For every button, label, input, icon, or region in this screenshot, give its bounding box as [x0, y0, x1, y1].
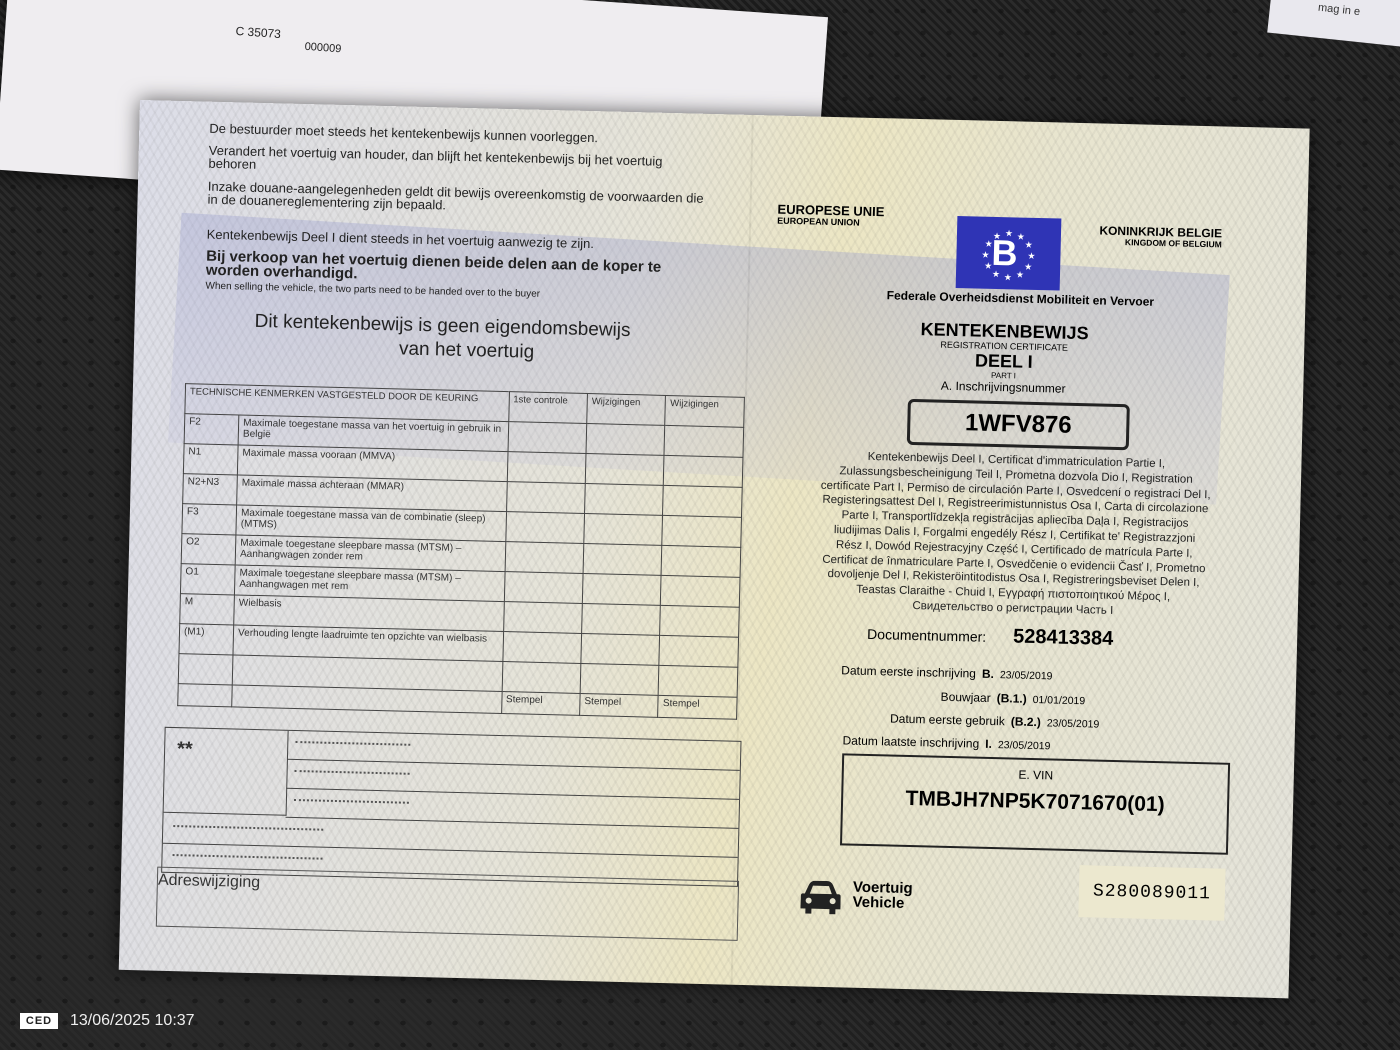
row-code: M — [180, 594, 235, 625]
svg-text:★: ★ — [1025, 241, 1033, 251]
cell-changes-2 — [661, 575, 740, 607]
cell-first-check — [502, 632, 581, 664]
document-number: 528413384 — [1013, 625, 1114, 650]
cell-first-check — [505, 512, 584, 544]
cell-changes-2 — [664, 455, 743, 487]
vehicle-label: Voertuig Vehicle — [852, 880, 912, 911]
cell-first-check — [507, 452, 586, 484]
paper-number: 000009 — [304, 41, 341, 56]
date-code: (B.1.) — [997, 691, 1027, 706]
date-label: Datum eerste inschrijving — [841, 663, 976, 680]
row-code: F2 — [184, 414, 239, 445]
car-icon — [800, 880, 841, 915]
row-code: N2+N3 — [183, 474, 238, 505]
document-number-label: Documentnummer: — [867, 626, 986, 645]
sale-notice-b: worden overhandigd. — [206, 264, 358, 281]
cell-first-check — [503, 602, 582, 634]
cell-changes-2 — [663, 485, 742, 517]
ownership-notice-b: van het voertuig — [399, 338, 535, 363]
eu-subtitle: EUROPEAN UNION — [777, 216, 860, 228]
technical-specs-table: TECHNISCHE KENMERKEN VASTGESTELD DOOR DE… — [177, 383, 745, 720]
authority-name: Federale Overheidsdienst Mobiliteit en V… — [865, 288, 1175, 310]
empty-cell — [178, 684, 233, 707]
stamp-cell: Stempel — [501, 692, 580, 716]
svg-text:★: ★ — [981, 251, 989, 261]
row-code: (M1) — [179, 624, 234, 655]
date-value: 23/05/2019 — [998, 739, 1051, 752]
paper-corner-text: mag in e — [1317, 2, 1360, 18]
col-changes-1: Wijzigingen — [587, 394, 666, 426]
svg-text:★: ★ — [1027, 252, 1035, 262]
cell-changes-2 — [664, 425, 743, 457]
date-value: 01/01/2019 — [1032, 694, 1085, 707]
vin-number: TMBJH7NP5K7071670(01) — [843, 785, 1227, 818]
flag-letter: B — [991, 232, 1018, 275]
right-page: EUROPESE UNIE EUROPEAN UNION ★★★ ★★★ ★★★… — [759, 116, 1280, 998]
date-label: Datum eerste gebruik — [890, 712, 1005, 729]
date-value: 23/05/2019 — [1000, 669, 1053, 682]
cell-changes-1 — [581, 633, 660, 665]
date-value: 23/05/2019 — [1047, 717, 1100, 730]
cell-changes-2 — [662, 515, 741, 547]
stars-marker: ** — [177, 738, 193, 761]
photo-timestamp: CED 13/06/2025 10:37 — [20, 1012, 195, 1030]
date-code: (B.2.) — [1011, 714, 1041, 729]
serial-number: S280089011 — [1078, 865, 1225, 921]
paper-code: C 35073 — [235, 24, 281, 41]
date-code: B. — [982, 667, 994, 681]
cell-changes-2 — [660, 605, 739, 637]
row-code: F3 — [182, 504, 237, 535]
row-code: N1 — [183, 444, 238, 475]
cell-first-check — [504, 572, 583, 604]
cell-first-check — [508, 422, 587, 454]
row-code — [178, 654, 233, 685]
date-label: Bouwjaar — [940, 690, 990, 705]
row-code: O2 — [181, 534, 236, 565]
cell-changes-1 — [585, 483, 664, 515]
col-changes-2: Wijzigingen — [665, 395, 744, 427]
stamp-cell: Stempel — [658, 695, 737, 719]
cell-changes-2 — [659, 635, 738, 667]
vin-box: E. VIN TMBJH7NP5K7071670(01) — [840, 753, 1230, 854]
intro-2b: behoren — [208, 157, 256, 171]
registration-certificate: De bestuurder moet steeds het kentekenbe… — [119, 100, 1310, 998]
col-first-check: 1ste controle — [508, 392, 587, 424]
date-row: Datum laatste inschrijvingI.23/05/2019 — [842, 733, 1050, 752]
date-row: Bouwjaar(B.1.)01/01/2019 — [940, 690, 1085, 708]
ced-logo: CED — [20, 1013, 58, 1029]
multilingual-title: Kentekenbewijs Deel I, Certificat d'imma… — [818, 449, 1212, 621]
belgium-eu-flag: ★★★ ★★★ ★★★ ★★★ B — [956, 216, 1062, 291]
cell-first-check — [505, 542, 584, 574]
cell-changes-1 — [585, 454, 664, 486]
timestamp-text: 13/06/2025 10:37 — [70, 1012, 195, 1030]
svg-text:★: ★ — [1004, 273, 1012, 283]
registration-number: 1WFV876 — [907, 399, 1130, 450]
cell-changes-1 — [580, 663, 659, 695]
svg-text:★: ★ — [1024, 263, 1032, 273]
cell-changes-2 — [662, 545, 741, 577]
vin-label: E. VIN — [844, 763, 1228, 786]
cell-changes-1 — [582, 573, 661, 605]
cell-changes-1 — [586, 424, 665, 456]
cell-changes-1 — [582, 603, 661, 635]
cell-first-check — [506, 482, 585, 514]
cell-first-check — [502, 662, 581, 694]
kingdom-subtitle: KINGDOM OF BELGIUM — [1082, 236, 1222, 249]
cell-changes-1 — [584, 513, 663, 545]
date-code: I. — [985, 737, 992, 751]
date-label: Datum laatste inschrijving — [842, 733, 979, 750]
date-row: Datum eerste inschrijvingB.23/05/2019 — [841, 663, 1053, 682]
stamp-cell: Stempel — [580, 693, 659, 717]
date-row: Datum eerste gebruik(B.2.)23/05/2019 — [890, 712, 1100, 731]
cell-changes-1 — [583, 543, 662, 575]
cell-changes-2 — [659, 665, 738, 697]
vehicle-label-en: Vehicle — [852, 895, 912, 911]
extra-info-box: ** — [161, 727, 741, 887]
row-code: O1 — [180, 564, 235, 595]
address-change-label: Adreswijziging — [158, 872, 261, 892]
